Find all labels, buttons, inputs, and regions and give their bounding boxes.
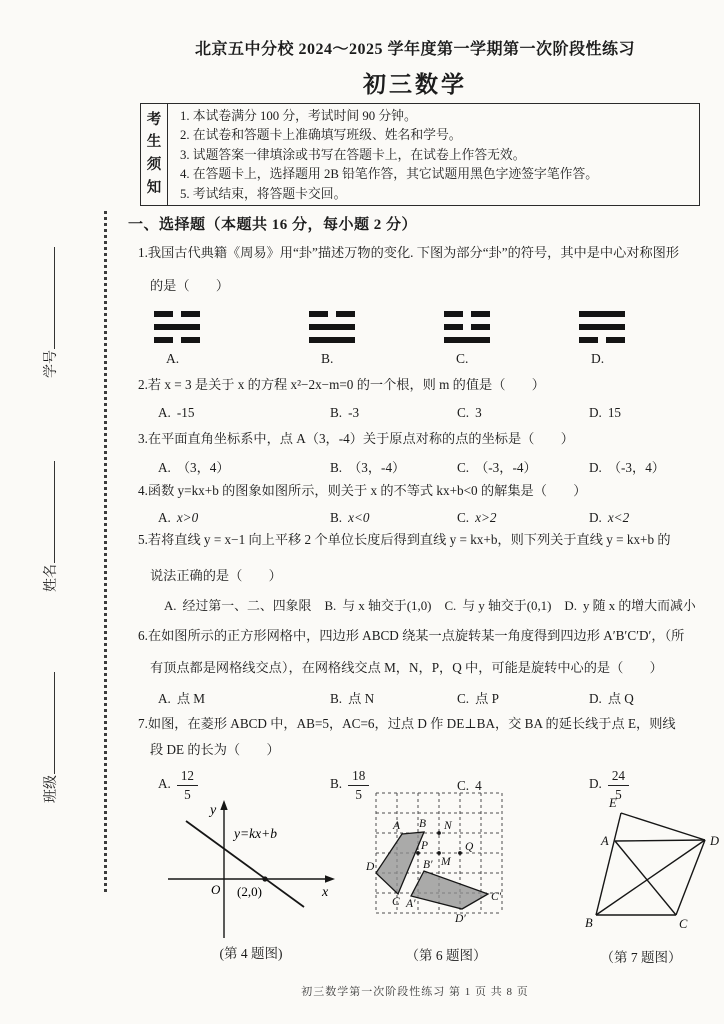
class-blank	[41, 672, 55, 774]
question-6-line2: 有顶点都是网格线交点），在网格线交点 M，N，P，Q 中，可能是旋转中心的是（ …	[150, 658, 716, 677]
notice-item: 3. 试题答案一律填涂或书写在答题卡上，在试卷上作答无效。	[180, 146, 691, 165]
question-2: 2.若 x = 3 是关于 x 的方程 x²−2x−m=0 的一个根，则 m 的…	[138, 375, 716, 422]
option-a: A.（3，4）	[158, 458, 330, 477]
figure-q6-grid: A B N P M Q D C A′ B′ C′ D′	[366, 788, 526, 933]
option-d: D.点 Q	[589, 689, 716, 708]
trigram-d	[579, 311, 625, 343]
point-p	[416, 851, 420, 855]
trigram-a	[154, 311, 200, 343]
x-axis-label: x	[321, 885, 329, 900]
notice-body: 1. 本试卷满分 100 分，考试时间 90 分钟。 2. 在试卷和答题卡上准确…	[168, 104, 699, 205]
name-blank	[41, 461, 55, 563]
notice-box: 考 生 须 知 1. 本试卷满分 100 分，考试时间 90 分钟。 2. 在试…	[140, 103, 700, 206]
question-3: 3.在平面直角坐标系中，点 A（3，-4）关于原点对称的点的坐标是（ ） A.（…	[138, 429, 716, 477]
notice-side-char: 考	[147, 111, 162, 131]
option-d: D.y 随 x 的增大而减小	[564, 597, 695, 616]
option-d: D.15	[589, 403, 716, 422]
option-b: B.与 x 轴交于(1,0)	[324, 597, 431, 616]
exam-sheet: 北京五中分校 2024～2025 学年度第一学期第一次阶段性练习 初三数学 考 …	[0, 0, 724, 1024]
notice-side-label: 考 生 须 知	[141, 104, 168, 205]
option-d: D.（-3，4）	[589, 458, 716, 477]
subject-title: 初三数学	[130, 66, 700, 99]
question-4: 4.函数 y=kx+b 的图象如图所示，则关于 x 的不等式 kx+b<0 的解…	[138, 481, 716, 527]
label-d: D	[709, 834, 719, 848]
question-1-line2: 的是（ ）	[150, 276, 716, 295]
option-d-label: D.	[591, 349, 639, 368]
class-label: 班级	[44, 775, 59, 803]
option-b: B.x<0	[330, 508, 457, 527]
question-4-text: 4.函数 y=kx+b 的图象如图所示，则关于 x 的不等式 kx+b<0 的解…	[138, 481, 716, 500]
intercept-label: (2,0)	[237, 884, 262, 899]
question-5: 5.若将直线 y = x−1 向上平移 2 个单位长度后得到直线 y = kx+…	[138, 530, 716, 616]
y-axis-arrow-icon	[220, 800, 227, 810]
label-c-prime: C′	[491, 891, 502, 903]
label-a-prime: A′	[405, 898, 416, 910]
x-intercept-point	[262, 876, 267, 881]
notice-item: 4. 在答题卡上，选择题用 2B 铅笔作答，其它试题用黑色字迹签字笔作答。	[180, 165, 691, 184]
notice-item: 2. 在试卷和答题卡上准确填写班级、姓名和学号。	[180, 126, 691, 145]
question-3-text: 3.在平面直角坐标系中，点 A（3，-4）关于原点对称的点的坐标是（ ）	[138, 429, 716, 448]
label-c: C	[392, 896, 400, 908]
question-6-line1: 6.在如图所示的正方形网格中，四边形 ABCD 绕某一点旋转某一角度得到四边形 …	[138, 626, 716, 645]
option-a: A.点 M	[158, 689, 330, 708]
section-title: 一、选择题（本题共 16 分，每小题 2 分）	[128, 213, 417, 234]
figure-q4-caption: (第 4 题图)	[162, 942, 340, 962]
option-c: C.	[430, 311, 565, 368]
label-q: Q	[465, 841, 474, 853]
label-b: B	[585, 916, 593, 930]
line-equation-label: y=kx+b	[232, 826, 277, 841]
question-5-line1: 5.若将直线 y = x−1 向上平移 2 个单位长度后得到直线 y = kx+…	[138, 530, 716, 549]
question-6-options: A.点 M B.点 N C.点 P D.点 Q	[158, 689, 716, 708]
quadrilateral-a'b'c'd'	[411, 871, 488, 909]
point-n	[437, 831, 441, 835]
question-1: 1.我国古代典籍《周易》用“卦”描述万物的变化. 下图为部分“卦”的符号，其中是…	[138, 243, 716, 368]
trigram-c	[444, 311, 490, 343]
option-a: A.-15	[158, 403, 330, 422]
student-id-label: 学号	[44, 350, 59, 378]
notice-item: 1. 本试卷满分 100 分，考试时间 90 分钟。	[180, 107, 691, 126]
option-a: A.	[140, 311, 295, 368]
option-c: C.3	[457, 403, 589, 422]
question-5-options: A.经过第一、二、四象限 B.与 x 轴交于(1,0) C.与 y 轴交于(0,…	[164, 597, 716, 616]
class-field: 班级	[40, 672, 58, 803]
notice-side-char: 须	[147, 156, 162, 176]
option-c: C.（-3，-4）	[457, 458, 589, 477]
question-1-line1: 1.我国古代典籍《周易》用“卦”描述万物的变化. 下图为部分“卦”的符号，其中是…	[138, 243, 716, 262]
question-2-text: 2.若 x = 3 是关于 x 的方程 x²−2x−m=0 的一个根，则 m 的…	[138, 375, 716, 394]
page-title: 北京五中分校 2024～2025 学年度第一学期第一次阶段性练习	[130, 36, 700, 59]
label-n: N	[443, 820, 453, 832]
label-b: B	[419, 818, 426, 830]
question-7-line1: 7.如图，在菱形 ABCD 中，AB=5，AC=6，过点 D 作 DE⊥BA，交…	[138, 714, 716, 733]
figure-q7-caption: （第 7 题图）	[560, 946, 722, 966]
notice-item: 5. 考试结束，将答题卡交回。	[180, 185, 691, 204]
option-b: B.	[295, 311, 430, 368]
origin-label: O	[211, 882, 221, 897]
label-m: M	[440, 856, 452, 868]
label-d: D	[366, 861, 375, 873]
y-axis-label: y	[208, 803, 217, 818]
option-b-label: B.	[321, 349, 369, 368]
option-b: B.-3	[330, 403, 457, 422]
option-b: B.点 N	[330, 689, 457, 708]
footer-text: 初三数学第一次阶段性练习 第 1 页 共 8 页	[130, 983, 700, 996]
x-axis-arrow-icon	[325, 875, 335, 883]
question-1-options: A. B. C. D.	[140, 311, 716, 368]
name-label: 姓名	[44, 564, 59, 592]
student-id-field: 学号	[40, 247, 58, 378]
label-d-prime: D′	[454, 913, 466, 925]
question-4-options: A.x>0 B.x<0 C.x>2 D.x<2	[158, 508, 716, 527]
figure-q4-line-graph: y x O (2,0) y=kx+b	[162, 796, 340, 946]
option-a: A.x>0	[158, 508, 330, 527]
question-5-line2: 说法正确的是（ ）	[150, 566, 716, 585]
option-b: B.（3，-4）	[330, 458, 457, 477]
point-q	[458, 851, 462, 855]
seal-dotted-line	[104, 211, 107, 892]
figure-q7-rhombus: E A D B C	[560, 793, 722, 933]
question-6: 6.在如图所示的正方形网格中，四边形 ABCD 绕某一点旋转某一角度得到四边形 …	[138, 626, 716, 708]
label-a: A	[392, 820, 401, 832]
option-d: D.	[565, 311, 716, 368]
option-c: C.点 P	[457, 689, 589, 708]
notice-side-char: 知	[147, 179, 162, 199]
option-a-label: A.	[166, 349, 214, 368]
option-c-label: C.	[456, 349, 504, 368]
option-a: A.经过第一、二、四象限	[164, 597, 311, 616]
label-p: P	[420, 840, 428, 852]
notice-side-char: 生	[147, 133, 162, 153]
label-e: E	[608, 796, 617, 810]
point-m	[437, 851, 441, 855]
trigram-b	[309, 311, 355, 343]
label-a: A	[600, 834, 609, 848]
figure-q6-caption: （第 6 题图）	[366, 944, 526, 964]
label-b-prime: B′	[423, 859, 433, 871]
question-2-options: A.-15 B.-3 C.3 D.15	[158, 403, 716, 422]
question-7-line2: 段 DE 的长为（ ）	[150, 740, 716, 759]
student-id-blank	[41, 247, 55, 349]
name-field: 姓名	[40, 461, 58, 592]
option-c: C.与 y 轴交于(0,1)	[444, 597, 551, 616]
question-3-options: A.（3，4） B.（3，-4） C.（-3，-4） D.（-3，4）	[158, 458, 716, 477]
label-c: C	[679, 917, 688, 931]
option-c: C.x>2	[457, 508, 589, 527]
option-d: D.x<2	[589, 508, 716, 527]
